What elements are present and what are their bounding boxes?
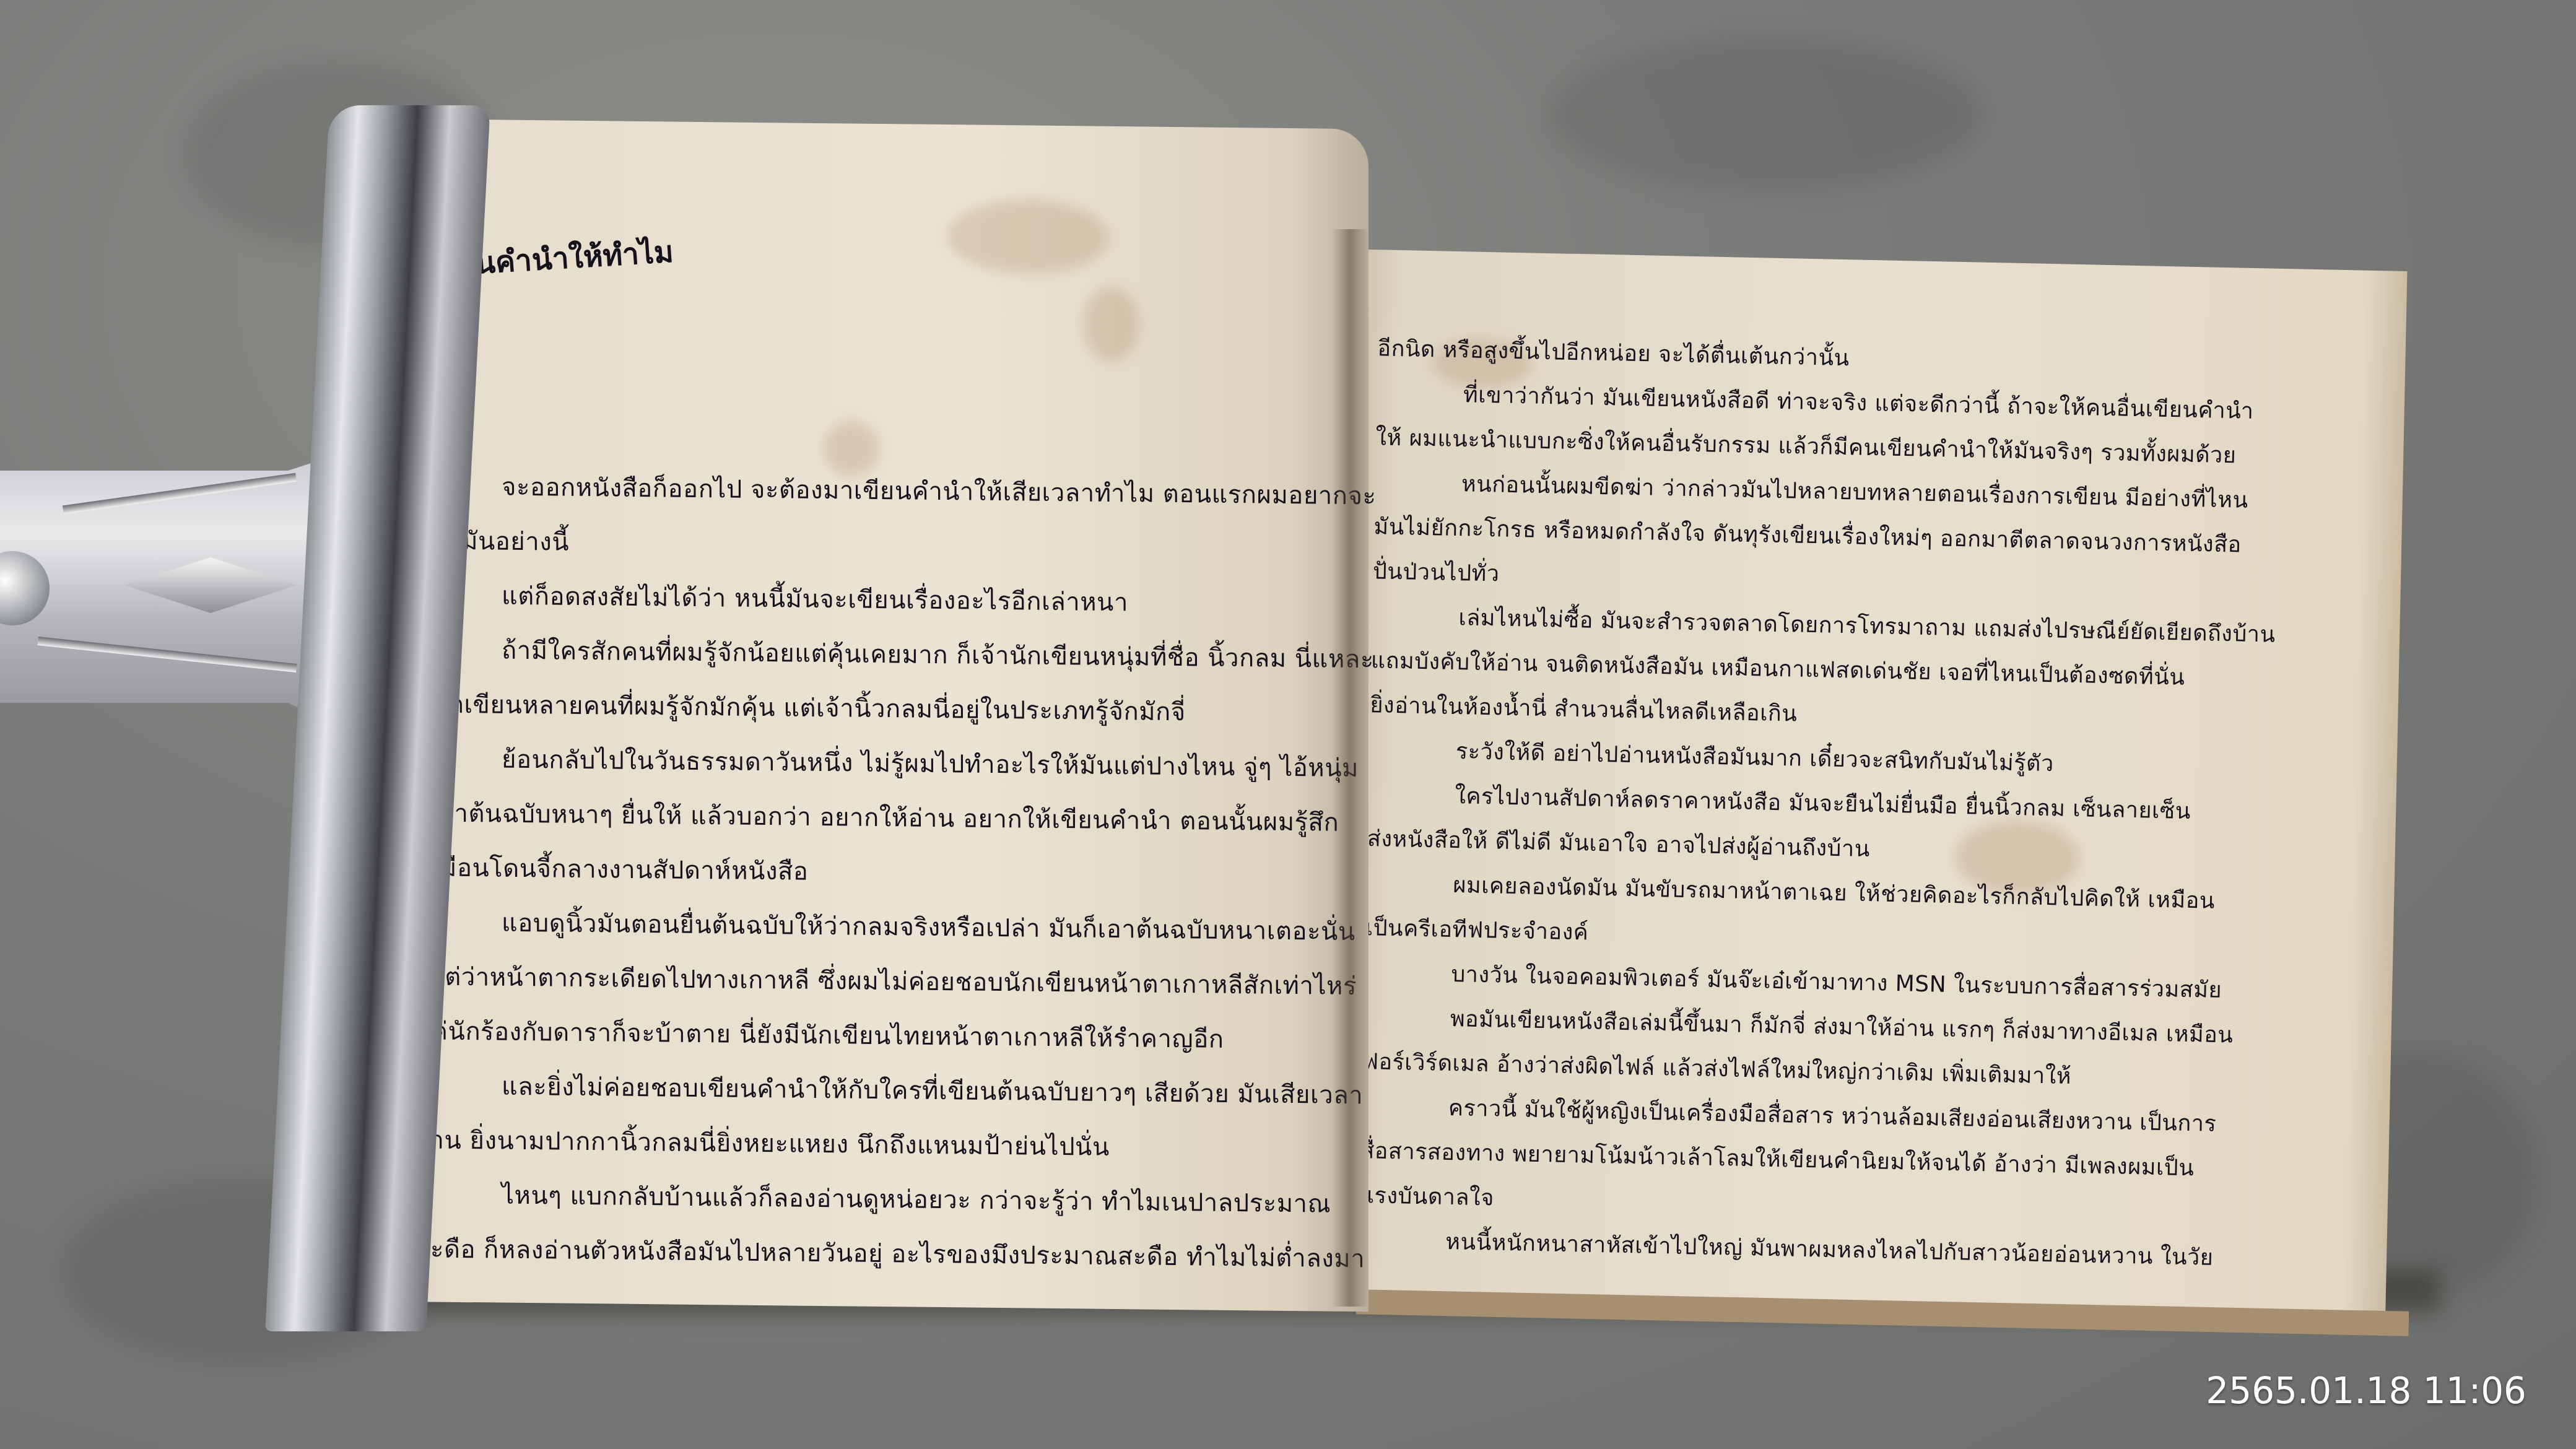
open-book: อีกนิด หรือสูงขึ้นไปอีกหน่อย จะได้ตื่นเต… xyxy=(347,105,2427,1319)
text-line: ยิ่งอ่านในห้องน้ำนี่ สำนวนลื่นไหลดีเหลือ… xyxy=(1370,687,1798,731)
right-page: อีกนิด หรือสูงขึ้นไปอีกหน่อย จะได้ตื่นเต… xyxy=(1326,249,2407,1317)
text-line: และยิ่งไม่ค่อยชอบเขียนคำนำให้กับใครที่เข… xyxy=(415,1065,1455,1116)
text-line: ฟอร์เวิร์ดเมล อ้างว่าส่งผิดไฟล์ แล้วส่งไ… xyxy=(1362,1043,2072,1094)
text-line: ส่งหนังสือให้ ดีไม่ดี มันเอาใจ อาจไปส่งผ… xyxy=(1367,820,1870,866)
paper-stain xyxy=(824,420,879,477)
text-line: แถมบังคับให้อ่าน จนติดหนังสือมัน เหมือนก… xyxy=(1370,642,2185,695)
text-line: บอกมันอย่างนี้ xyxy=(415,520,1368,570)
text-line: แต่ก็อดสงสัยไม่ได้ว่า หนนี้มันจะเขียนเรื… xyxy=(415,575,1455,625)
right-page-text: อีกนิด หรือสูงขึ้นไปอีกหน่อย จะได้ตื่นเต… xyxy=(1349,249,2408,271)
text-line: ระวังให้ดี อย่าไปอ่านหนังสือมันมาก เดี๋ย… xyxy=(1368,731,2054,781)
clip-bar xyxy=(265,105,490,1331)
text-line: ที่เขาว่ากันว่า มันเขียนหนังสือดี ท่าจะจ… xyxy=(1376,375,2254,429)
text-line: ใครไปงานสัปดาห์ลดราคาหนังสือ มันจะยืนไม่… xyxy=(1368,776,2191,829)
text-line: ไหนๆ แบกกลับบ้านแล้วก็ลองอ่านดูหน่อยวะ ก… xyxy=(415,1174,1455,1225)
text-line: แค่นักร้องกับดาราก็จะบ้าตาย นี่ยังมีนักเ… xyxy=(415,1011,1368,1060)
text-line: เหมือนโดนจี้กลางงานสัปดาห์หนังสือ xyxy=(415,847,1368,897)
photo-timestamp: 2565.01.18 11:06 xyxy=(2206,1370,2526,1412)
text-line: หนนี้หนักหนาสาหัสเข้าไปใหญ่ มันพาผมหลงไห… xyxy=(1359,1222,2214,1275)
text-line: สื่อสารสองทาง พยายามโน้มน้าวเล้าโลมให้เข… xyxy=(1360,1133,2195,1185)
text-line: แอบดูนิ้วมันตอนยื่นต้นฉบับให้ว่ากลมจริงห… xyxy=(415,902,1455,952)
text-line: เล่มไหนไม่ซื้อ มันจะสำรวจตลาดโดยการโทรมา… xyxy=(1372,598,2276,652)
text-line: รู้แต่ว่าหน้าตากระเดียดไปทางเกาหลี ซึ่งผ… xyxy=(415,956,1368,1006)
text-line: จะออกหนังสือก็ออกไป จะต้องมาเขียนคำนำให้… xyxy=(415,466,1455,516)
book-gutter xyxy=(1331,229,1368,1307)
text-line: มีนักเขียนหลายคนที่ผมรู้จักมักคุ้น แต่เจ… xyxy=(415,684,1368,733)
text-line: คราวนี้ มันใช้ผู้หญิงเป็นเครื่องมือสื่อส… xyxy=(1361,1088,2217,1141)
left-page: เขียนคำนำให้ทำไม จะออกหนังสือก็ออกไป จะต… xyxy=(390,119,1368,1312)
text-line: ผมเคยลองนัดมัน มันขับรถมาหน้าตาเฉย ให้ช่… xyxy=(1366,865,2216,918)
text-line: มันไม่ยักกะโกรธ หรือหมดกำลังใจ ดันทุรังเ… xyxy=(1373,508,2242,562)
text-line: บางวัน ในจอคอมพิวเตอร์ มันจ๊ะเอ๋เข้ามาทา… xyxy=(1364,954,2222,1007)
paper-stain xyxy=(947,199,1108,275)
text-line: หนก่อนนั้นผมขีดฆ่า ว่ากล่าวมันไปหลายบทหล… xyxy=(1374,464,2248,518)
text-line: ก็เอาต้นฉบับหนาๆ ยื่นให้ แล้วบอกว่า อยาก… xyxy=(415,793,1368,842)
text-line: สะดือ ก็หลงอ่านตัวหนังสือมันไปหลายวันอยู… xyxy=(415,1229,1368,1278)
text-line: ย้อนกลับไปในวันธรรมดาวันหนึ่ง ไม่รู้ผมไป… xyxy=(415,738,1455,789)
paper-stain xyxy=(1084,287,1139,362)
text-line: ถ้ามีใครสักคนที่ผมรู้จักน้อยแต่คุ้นเคยมา… xyxy=(415,629,1455,680)
metal-binder-clip xyxy=(0,105,483,1338)
text-line: พอมันเขียนหนังสือเล่มนี้ขึ้นมา ก็มักจี่ … xyxy=(1363,999,2234,1052)
left-page-text: จะออกหนังสือก็ออกไป จะต้องมาเขียนคำนำให้… xyxy=(390,119,1368,129)
text-line: อ่าน ยิ่งนามปากกานิ้วกลมนี่ยิ่งหยะแหยง น… xyxy=(415,1120,1368,1169)
text-line: ให้ ผมแนะนำแบบกะซิ่งให้คนอื่นรับกรรม แล้… xyxy=(1375,419,2237,472)
